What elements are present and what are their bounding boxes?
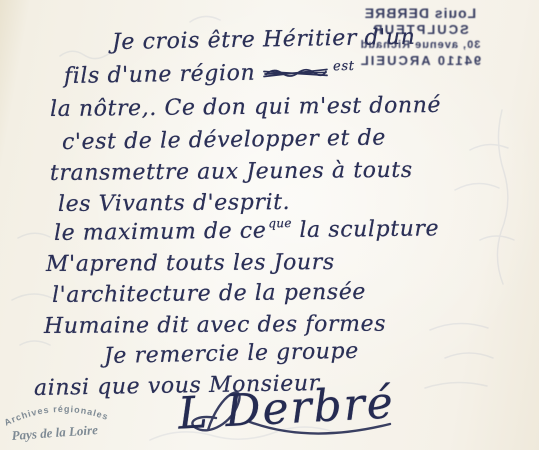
archives-stamp: Archives régionales Pays de la Loire — [0, 392, 130, 450]
interlinear-insertion: que — [268, 216, 292, 230]
handwritten-line: transmettre aux Jeunes à touts — [50, 158, 413, 186]
handwritten-line: c'est de le développer et de — [62, 125, 386, 155]
handwritten-line: la nôtre,. Ce don qui m'est donné — [50, 93, 441, 122]
stamp-name: Louis DERBRE — [332, 5, 508, 22]
line-text: la sculpture — [299, 216, 439, 243]
handwritten-line: M'aprend touts les Jours — [46, 250, 335, 277]
line-text: le maximum de ce — [54, 218, 267, 246]
handwritten-line: fils d'une régionest — [64, 59, 355, 89]
handwritten-line: le maximum de ceque la sculpture — [54, 216, 439, 246]
interlinear-correction: est — [333, 59, 355, 74]
archives-stamp-region: Pays de la Loire — [11, 422, 98, 443]
scanned-letter-page: Louis DERBRE SCULPTEUR 30, avenue Richau… — [0, 0, 539, 450]
crossed-out-word — [263, 64, 329, 81]
stamp-city: 94110 ARCUEIL — [332, 53, 508, 69]
line-text: fils d'une région — [64, 61, 256, 89]
handwritten-line: les Vivants d'esprit. — [58, 190, 290, 217]
handwritten-line: l'architecture de la pensée — [52, 280, 366, 308]
handwritten-line: Je remercie le groupe — [104, 339, 359, 369]
handwritten-line: Je crois être Héritier d'un — [112, 25, 416, 55]
handwritten-line: Humaine dit avec des formes — [44, 312, 386, 339]
